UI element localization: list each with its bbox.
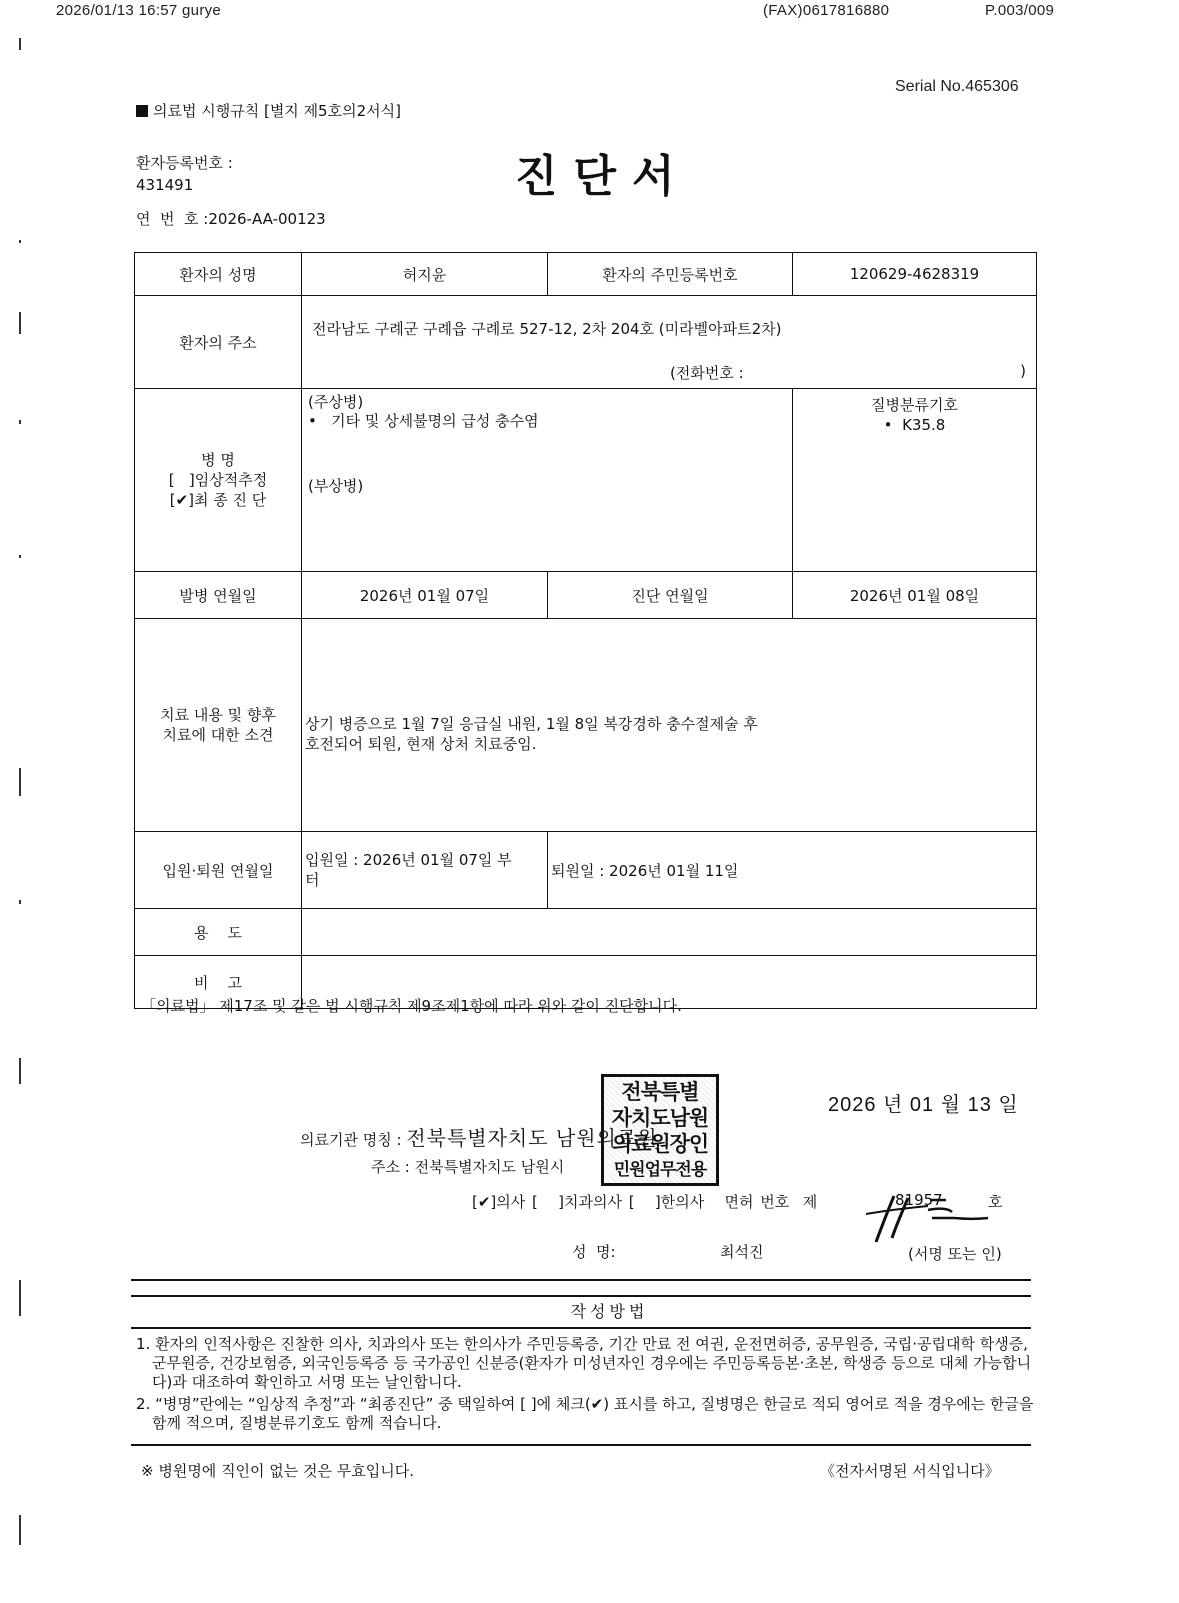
disease-code-value: K35.8 bbox=[902, 416, 945, 434]
phone-label: (전화번호 : bbox=[670, 362, 744, 383]
diagnosis-label-cell: 병 명 [ ]임상적추정 [✔]최 종 진 단 bbox=[135, 389, 302, 572]
legal-statement: 「의료법」 제17조 및 같은 법 시행규칙 제9조제1항에 따라 위와 같이 … bbox=[141, 995, 682, 1016]
diagnosis-names-cell: (주상병) • 기타 및 상세불명의 급성 충수염 (부상병) bbox=[302, 389, 793, 572]
admission-date-cell: 입원일 : 2026년 01월 07일 부 터 bbox=[302, 832, 548, 909]
signature-icon bbox=[858, 1188, 998, 1248]
instruction-item: 1. 환자의 인적사항은 진찰한 의사, 치과의사 또는 한의사가 주민등록증,… bbox=[136, 1335, 1036, 1392]
patient-registration-label: 환자등록번호 : bbox=[136, 152, 233, 174]
admission-line-1: 입원일 : 2026년 01월 07일 부 bbox=[305, 850, 541, 870]
divider bbox=[131, 1279, 1031, 1281]
primary-diagnosis-item: • 기타 및 상세불명의 급성 충수염 bbox=[308, 412, 786, 431]
divider bbox=[131, 1327, 1031, 1329]
treatment-line-1: 상기 병증으로 1월 7일 응급실 내원, 1월 8일 복강경하 충수절제술 후 bbox=[305, 714, 1030, 734]
purpose-value bbox=[302, 909, 1037, 956]
document-serial-value: 2026-AA-00123 bbox=[208, 210, 325, 228]
checkbox-clinical-estimate[interactable]: [ ]임상적추정 bbox=[141, 470, 295, 490]
instructions-list: 1. 환자의 인적사항은 진찰한 의사, 치과의사 또는 한의사가 주민등록증,… bbox=[136, 1335, 1036, 1436]
signature-note: (서명 또는 인) bbox=[908, 1243, 1002, 1264]
disease-code-item: • K35.8 bbox=[799, 415, 1030, 435]
treatment-label-cell: 치료 내용 및 향후 치료에 대한 소견 bbox=[135, 619, 302, 832]
onset-date-label: 발병 연월일 bbox=[135, 572, 302, 619]
stamp-line-3: 의료원장인 bbox=[604, 1131, 716, 1157]
instruction-item: 2. “병명”란에는 “임상적 추정”과 “최종진단” 중 택일하여 [ ]에 … bbox=[136, 1395, 1036, 1433]
discharge-date-value: 퇴원일 : 2026년 01월 11일 bbox=[548, 832, 1037, 909]
patient-name-label: 환자의 성명 bbox=[135, 253, 302, 296]
table-row-diagnosis: 병 명 [ ]임상적추정 [✔]최 종 진 단 (주상병) • 기타 및 상세불… bbox=[135, 389, 1037, 572]
checkbox-final-diagnosis[interactable]: [✔]최 종 진 단 bbox=[141, 490, 295, 510]
purpose-label: 용 도 bbox=[135, 909, 302, 956]
fax-datetime: 2026/01/13 16:57 gurye bbox=[56, 2, 221, 19]
treatment-opinion-cell: 상기 병증으로 1월 7일 응급실 내원, 1월 8일 복강경하 충수절제술 후… bbox=[302, 619, 1037, 832]
diagnosis-date-value: 2026년 01월 08일 bbox=[793, 572, 1037, 619]
fax-number: (FAX)0617816880 bbox=[763, 2, 889, 19]
document-serial: 연 번 호 :2026-AA-00123 bbox=[136, 208, 326, 229]
admission-label: 입원·퇴원 연월일 bbox=[135, 832, 302, 909]
phone-close: ) bbox=[1020, 362, 1026, 380]
diagnosis-form-table: 환자의 성명 허지윤 환자의 주민등록번호 120629-4628319 환자의… bbox=[134, 252, 1037, 1009]
scan-margin-marks bbox=[19, 0, 22, 1603]
table-row-admission: 입원·퇴원 연월일 입원일 : 2026년 01월 07일 부 터 퇴원일 : … bbox=[135, 832, 1037, 909]
stamp-line-4: 민원업무전용 bbox=[604, 1157, 716, 1183]
rrn-value: 120629-4628319 bbox=[793, 253, 1037, 296]
table-row-treatment: 치료 내용 및 향후 치료에 대한 소견 상기 병증으로 1월 7일 응급실 내… bbox=[135, 619, 1037, 832]
table-row-dates: 발병 연월일 2026년 01월 07일 진단 연월일 2026년 01월 08… bbox=[135, 572, 1037, 619]
practitioner-type-checkboxes[interactable]: [✔]의사 [ ]치과의사 [ ]한의사 면허 번호 제 bbox=[472, 1191, 817, 1212]
disease-code-cell: 질병분류기호 • K35.8 bbox=[793, 389, 1037, 572]
issue-date: 2026 년 01 월 13 일 bbox=[828, 1088, 1019, 1117]
instructions-title: 작성방법 bbox=[0, 1299, 1179, 1322]
table-row-purpose: 용 도 bbox=[135, 909, 1037, 956]
official-seal-stamp: 전북특별 자치도남원 의료원장인 민원업무전용 bbox=[601, 1074, 719, 1186]
patient-registration-value: 431491 bbox=[136, 174, 233, 196]
treatment-label-line-1: 치료 내용 및 향후 bbox=[141, 705, 295, 725]
form-reference: 의료법 시행규칙 [별지 제5호의2서식] bbox=[136, 100, 401, 121]
document-serial-label: 연 번 호 : bbox=[136, 210, 208, 228]
diagnosis-label: 병 명 bbox=[141, 450, 295, 470]
institution-name-label: 의료기관 명칭 : bbox=[300, 1131, 402, 1149]
square-bullet-icon bbox=[136, 105, 148, 117]
primary-diagnosis-label: (주상병) bbox=[308, 393, 786, 412]
footer-notice: ※ 병원명에 직인이 없는 것은 무효입니다. bbox=[141, 1460, 414, 1481]
divider bbox=[131, 1444, 1031, 1446]
admission-line-2: 터 bbox=[305, 870, 541, 890]
treatment-line-2: 호전되어 퇴원, 현재 상처 치료중임. bbox=[305, 734, 1030, 754]
rrn-label: 환자의 주민등록번호 bbox=[548, 253, 793, 296]
diagnosis-date-label: 진단 연월일 bbox=[548, 572, 793, 619]
table-row-patient-name: 환자의 성명 허지윤 환자의 주민등록번호 120629-4628319 bbox=[135, 253, 1037, 296]
onset-date-value: 2026년 01월 07일 bbox=[302, 572, 548, 619]
patient-name-value: 허지윤 bbox=[302, 253, 548, 296]
secondary-diagnosis-label: (부상병) bbox=[308, 477, 786, 496]
signer-name-label: 성 명: bbox=[572, 1241, 616, 1262]
patient-registration: 환자등록번호 : 431491 bbox=[136, 152, 233, 196]
institution-address-label: 주소 : bbox=[371, 1158, 410, 1176]
footer-e-signed: 《전자서명된 서식입니다》 bbox=[820, 1460, 1000, 1481]
treatment-label-line-2: 치료에 대한 소견 bbox=[141, 725, 295, 745]
divider bbox=[131, 1295, 1031, 1297]
address-label: 환자의 주소 bbox=[135, 296, 302, 389]
fax-page: P.003/009 bbox=[985, 2, 1054, 19]
form-reference-text: 의료법 시행규칙 [별지 제5호의2서식] bbox=[153, 102, 401, 120]
signer-name: 최석진 bbox=[720, 1241, 763, 1262]
stamp-line-1: 전북특별 bbox=[604, 1079, 716, 1105]
institution-address-value: 전북특별자치도 남원시 bbox=[415, 1158, 565, 1176]
stamp-line-2: 자치도남원 bbox=[604, 1105, 716, 1131]
primary-diagnosis-text: 기타 및 상세불명의 급성 충수염 bbox=[331, 412, 538, 430]
serial-number: Serial No.465306 bbox=[895, 78, 1019, 96]
table-row-address: 환자의 주소 전라남도 구례군 구례읍 구례로 527-12, 2차 204호 … bbox=[135, 296, 1037, 389]
address-value: 전라남도 구례군 구례읍 구례로 527-12, 2차 204호 (미라벨아파트… bbox=[312, 318, 781, 339]
disease-code-label: 질병분류기호 bbox=[799, 395, 1030, 415]
institution-address: 주소 : 전북특별자치도 남원시 bbox=[371, 1156, 564, 1177]
document-title: 진단서 bbox=[515, 140, 691, 204]
